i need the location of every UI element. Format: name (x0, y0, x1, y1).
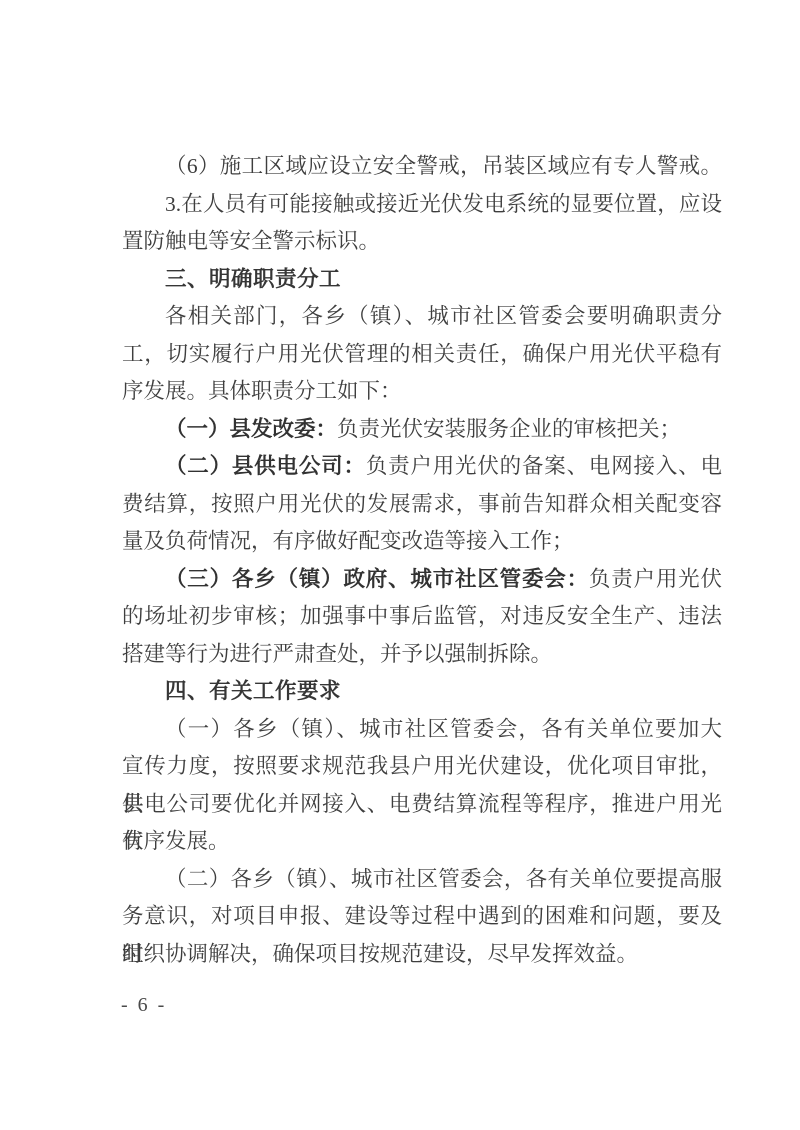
text-line: （二）县供电公司：负责户用光伏的备案、电网接入、电 (122, 448, 722, 486)
document-content: （6）施工区域应设立安全警戒，吊装区域应有专人警戒。3.在人员有可能接触或接近光… (122, 148, 722, 973)
text-line: 置防触电等安全警示标识。 (122, 223, 722, 261)
text-segment: 负责光伏安装服务企业的审核把关； (337, 417, 681, 441)
text-segment: 量及负荷情况，有序做好配变改造等接入工作； (122, 529, 574, 553)
text-line: 组织协调解决，确保项目按规范建设，尽早发挥效益。 (122, 936, 722, 974)
document-page: （6）施工区域应设立安全警戒，吊装区域应有专人警戒。3.在人员有可能接触或接近光… (0, 0, 800, 1130)
text-line: 供电公司要优化并网接入、电费结算流程等程序，推进户用光伏 (122, 786, 722, 824)
text-line: 的场址初步审核；加强事中事后监管，对违反安全生产、违法 (122, 598, 722, 636)
text-segment: 3.在人员有可能接触或接近光伏发电系统的显要位置，应设 (165, 192, 722, 216)
text-line: 四、有关工作要求 (122, 673, 722, 711)
text-line: 务意识，对项目申报、建设等过程中遇到的困难和问题，要及时 (122, 898, 722, 936)
text-segment: 负责户用光伏的备案、电网接入、电 (366, 454, 722, 478)
text-line: 各相关部门，各乡（镇）、城市社区管委会要明确职责分 (122, 298, 722, 336)
text-line: 搭建等行为进行严肃查处，并予以强制拆除。 (122, 636, 722, 674)
text-line: 三、明确职责分工 (122, 261, 722, 299)
text-line: （一）各乡（镇）、城市社区管委会，各有关单位要加大 (122, 711, 722, 749)
text-segment: （三）各乡（镇）政府、城市社区管委会： (165, 567, 589, 591)
text-segment: 序发展。具体职责分工如下： (122, 379, 402, 403)
text-line: 3.在人员有可能接触或接近光伏发电系统的显要位置，应设 (122, 186, 722, 224)
text-line: （6）施工区域应设立安全警戒，吊装区域应有专人警戒。 (122, 148, 722, 186)
text-line: 有序发展。 (122, 823, 722, 861)
section-heading-text: 三、明确职责分工 (165, 267, 341, 291)
text-line: 量及负荷情况，有序做好配变改造等接入工作； (122, 523, 722, 561)
text-line: 序发展。具体职责分工如下： (122, 373, 722, 411)
text-segment: 工，切实履行户用光伏管理的相关责任，确保户用光伏平稳有 (122, 342, 722, 366)
text-line: 工，切实履行户用光伏管理的相关责任，确保户用光伏平稳有 (122, 336, 722, 374)
text-segment: （一）各乡（镇）、城市社区管委会，各有关单位要加大 (165, 717, 722, 741)
text-segment: （6）施工区域应设立安全警戒，吊装区域应有专人警戒。 (165, 154, 722, 178)
text-line: 费结算，按照户用光伏的发展需求，事前告知群众相关配变容 (122, 486, 722, 524)
text-segment: 置防触电等安全警示标识。 (122, 229, 380, 253)
text-segment: 搭建等行为进行严肃查处，并予以强制拆除。 (122, 642, 552, 666)
text-segment: 费结算，按照户用光伏的发展需求，事前告知群众相关配变容 (122, 492, 722, 516)
text-line: （三）各乡（镇）政府、城市社区管委会：负责户用光伏 (122, 561, 722, 599)
text-segment: （一）县发改委： (165, 417, 337, 441)
text-line: 宣传力度，按照要求规范我县户用光伏建设，优化项目审批，县 (122, 748, 722, 786)
text-segment: 各相关部门，各乡（镇）、城市社区管委会要明确职责分 (165, 304, 722, 328)
text-line: （二）各乡（镇）、城市社区管委会，各有关单位要提高服 (122, 861, 722, 899)
text-segment: 负责户用光伏 (589, 567, 722, 591)
text-line: （一）县发改委：负责光伏安装服务企业的审核把关； (122, 411, 722, 449)
page-number: - 6 - (121, 990, 167, 1020)
section-heading-text: 四、有关工作要求 (165, 679, 341, 703)
text-segment: （二）各乡（镇）、城市社区管委会，各有关单位要提高服 (165, 867, 722, 891)
text-segment: 组织协调解决，确保项目按规范建设，尽早发挥效益。 (122, 942, 638, 966)
text-segment: 有序发展。 (122, 829, 230, 853)
text-segment: 的场址初步审核；加强事中事后监管，对违反安全生产、违法 (122, 604, 722, 628)
text-segment: （二）县供电公司： (165, 454, 366, 478)
